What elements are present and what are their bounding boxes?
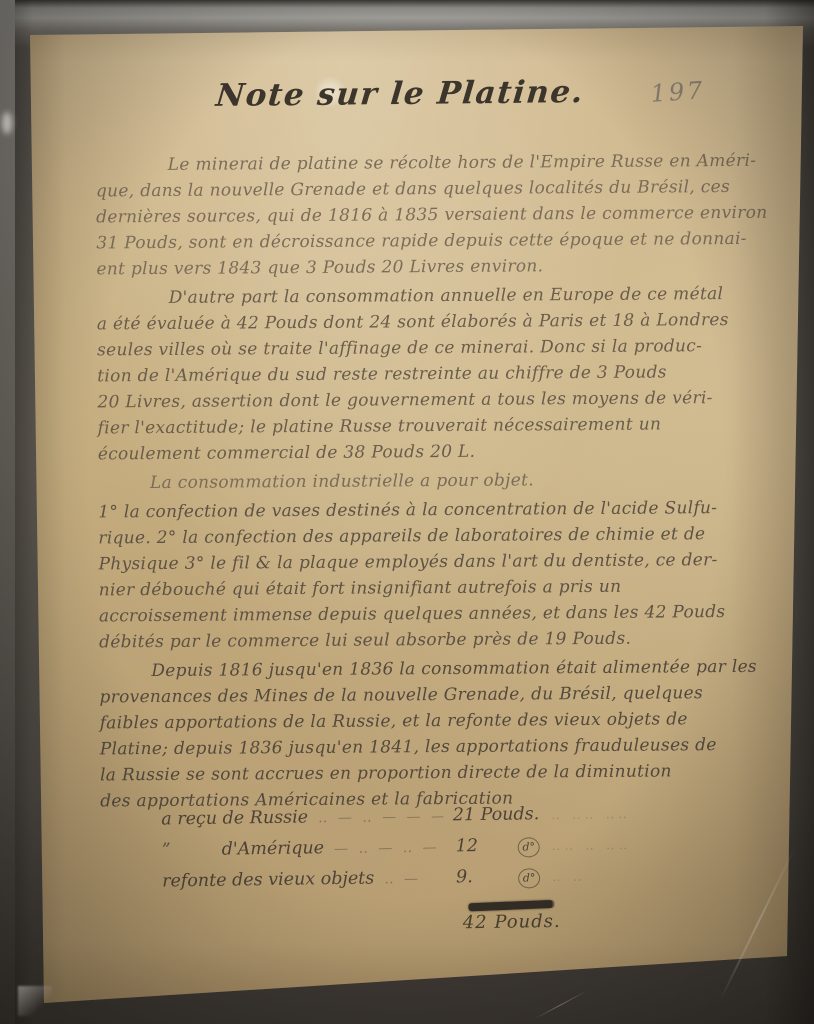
frame-corner-glare [18, 986, 52, 1016]
glass-glare-spot [2, 112, 12, 134]
leader-dashes: ‥ — ‥ — — — [318, 809, 443, 827]
ditto-circle-mark: d° [518, 868, 540, 888]
frame-left-edge [0, 0, 15, 1024]
row-value: 21 Pouds. [453, 804, 540, 825]
framed-photo-background: Note sur le Platine. 197 Le minerai de p… [0, 0, 814, 1024]
page-title: Note sur le Platine. [108, 73, 692, 115]
paragraph-consumption: D'autre part la consommation annuelle en… [97, 281, 790, 468]
faded-trail-dots: ‥‥ ‥ ‥‥ [552, 838, 662, 855]
total-value: 42 Pouds. [463, 910, 663, 934]
ditto-quote-mark: ” [162, 840, 188, 860]
total-sum-rule [468, 900, 552, 911]
row-value: 12 [456, 836, 508, 857]
row-label: refonte des vieux objets [162, 869, 374, 892]
leader-dashes: ‥ — [384, 871, 446, 888]
paragraph-industrial-uses: 1° la confection de vases destinés à la … [98, 495, 791, 656]
paragraph-industrial-intro: La consommation industrielle a pour obje… [98, 466, 790, 497]
ditto-circle-mark: d° [518, 837, 540, 857]
glass-scratch [534, 990, 587, 1019]
row-label: a reçu de Russie [161, 807, 308, 829]
row-label: d'Amérique [222, 838, 325, 859]
manuscript-body: Le minerai de platine se récolte hors de… [96, 148, 793, 818]
paragraph-sources: Le minerai de platine se récolte hors de… [96, 148, 789, 283]
faded-trail-dots: ‥ ‥ [552, 869, 662, 886]
leader-dashes: — ‥ — ‥ — [334, 840, 446, 858]
table-row-remelted: refonte des vieux objets ‥ — 9. d° ‥ ‥ [162, 865, 662, 903]
row-value: 9. [456, 867, 508, 888]
totals-table: a reçu de Russie ‥ — ‥ — — — 21 Pouds. ‥… [161, 803, 663, 938]
paragraph-history: Depuis 1816 jusqu'en 1836 la consommatio… [99, 654, 792, 815]
manuscript-paper: Note sur le Platine. 197 Le minerai de p… [0, 0, 814, 1024]
faded-trail-dots: ‥ ‥‥ ‥‥ [551, 807, 661, 824]
